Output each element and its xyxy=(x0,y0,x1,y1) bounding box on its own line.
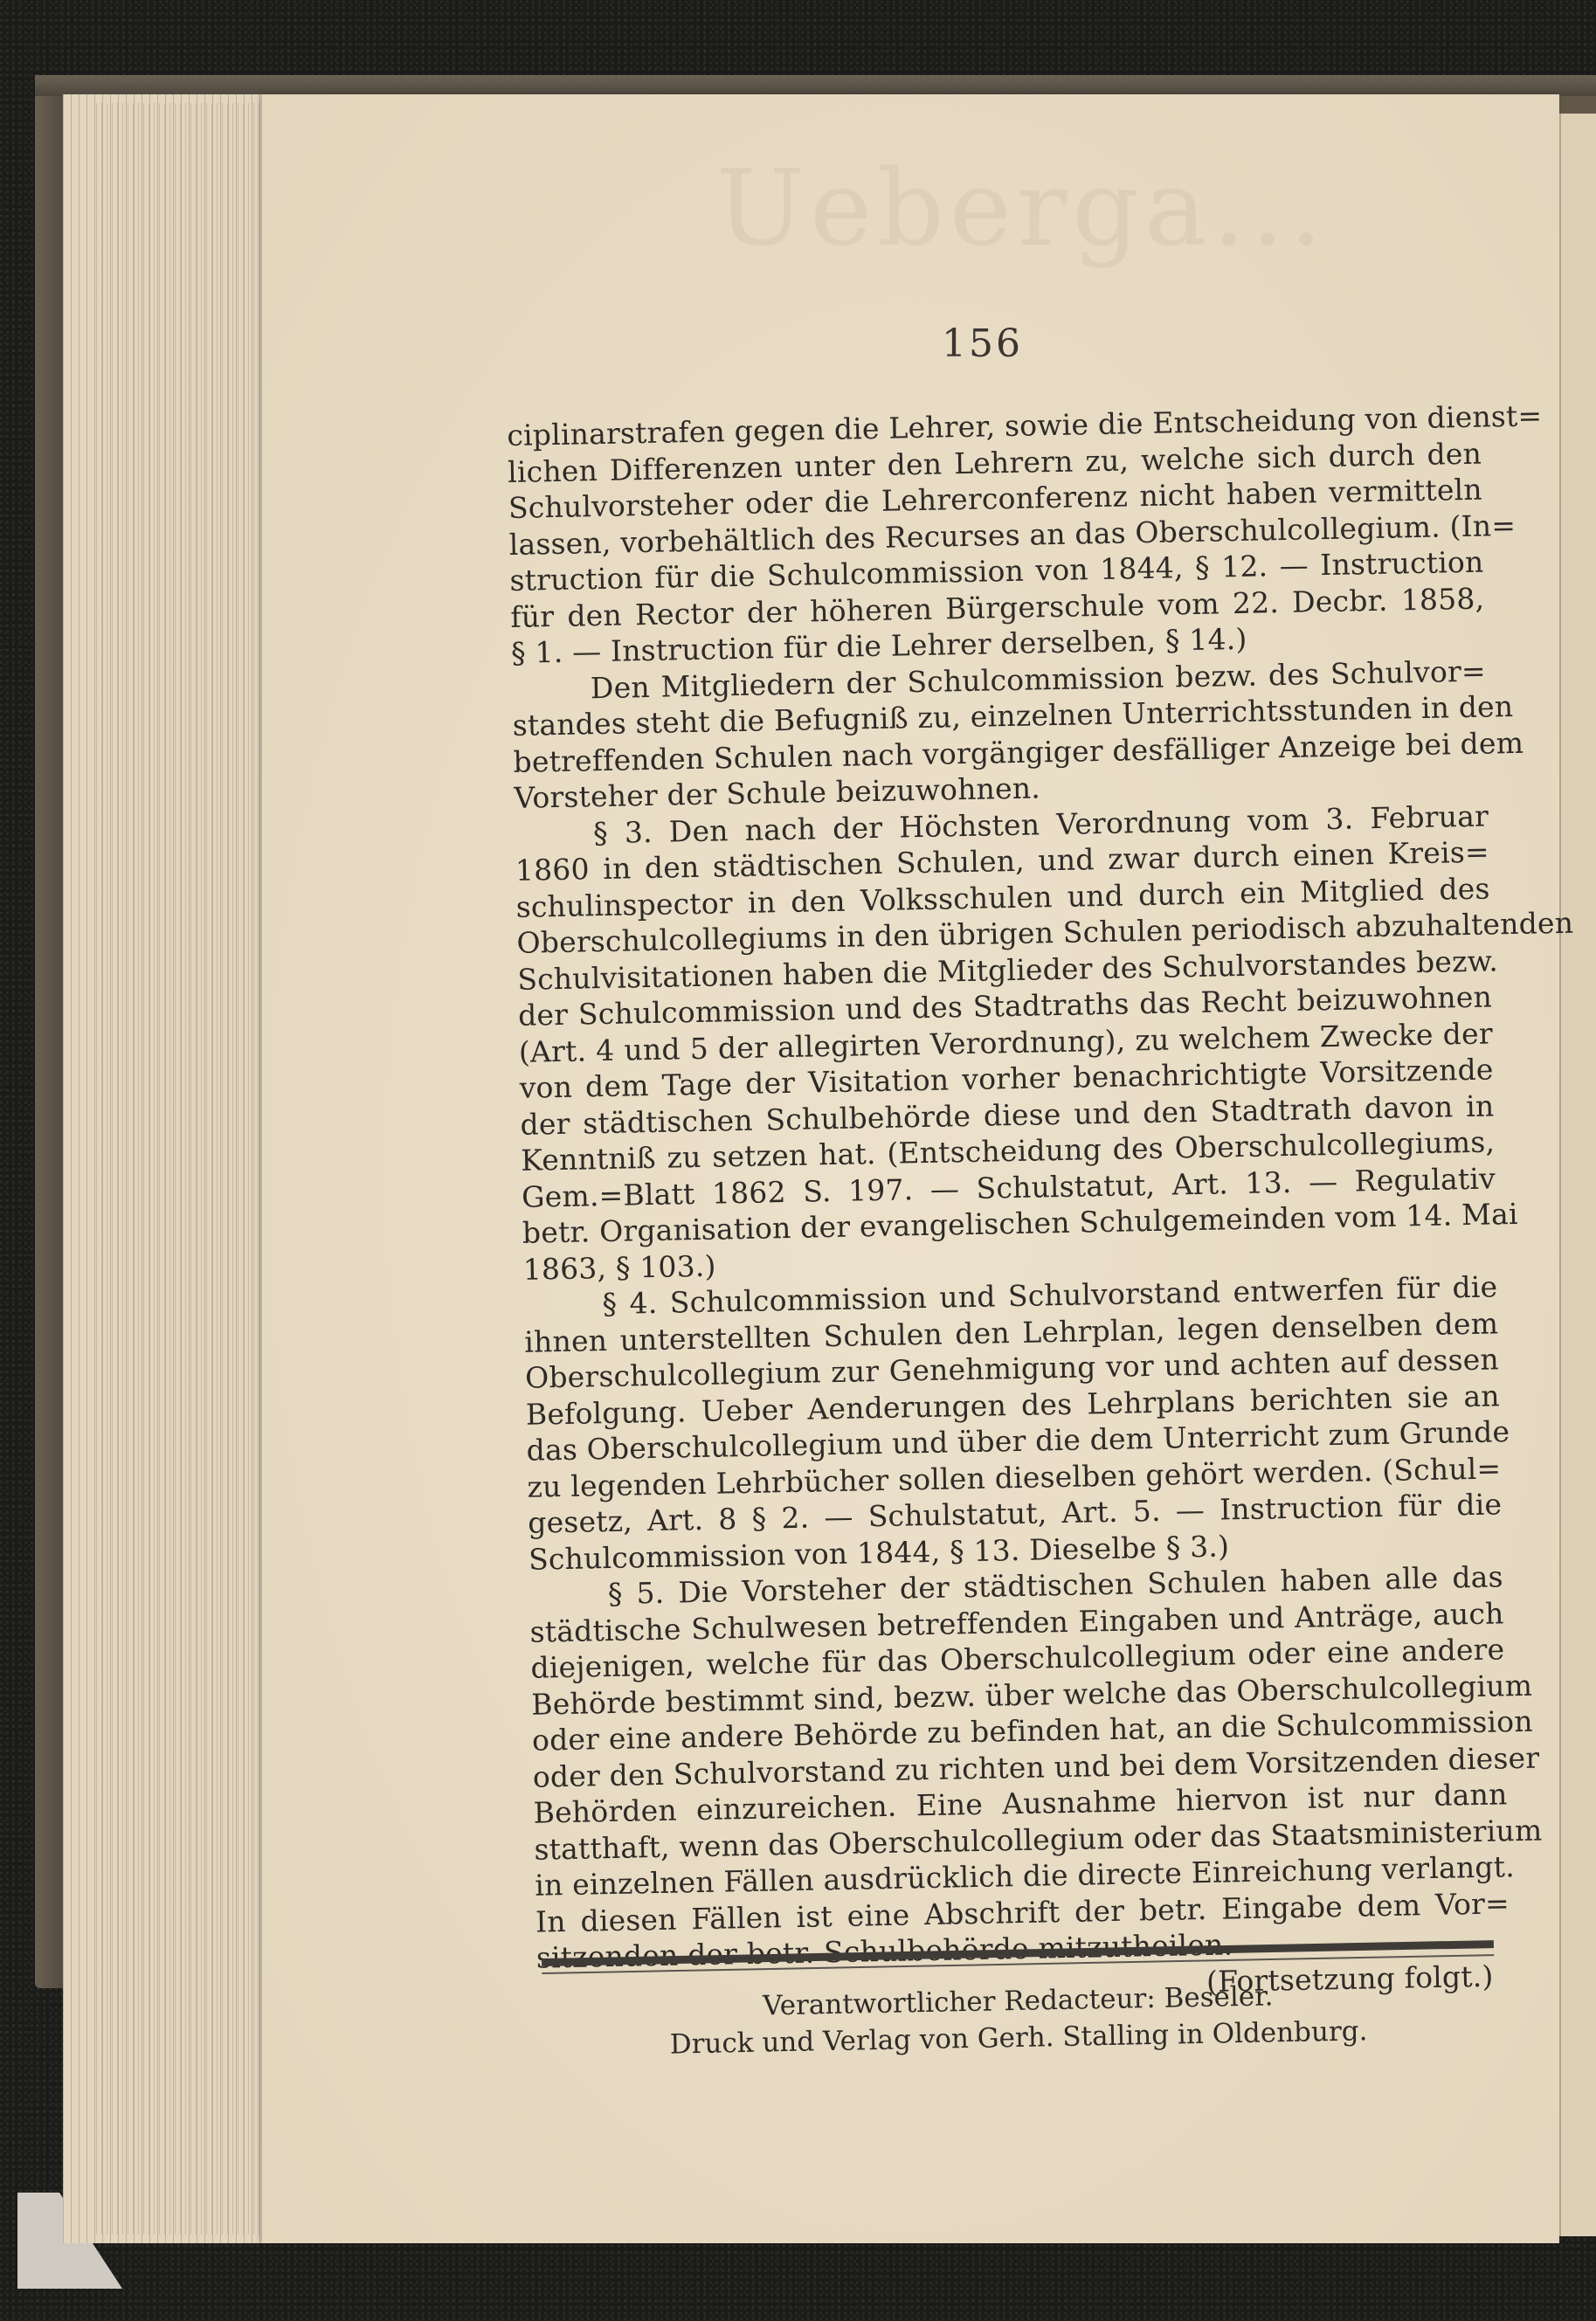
bleed-through-heading: Ueberga... xyxy=(716,149,1328,270)
facing-page-edge xyxy=(1559,114,1596,2236)
book-binding-top xyxy=(35,75,1596,96)
body-text: ciplinarstrafen gegen die Lehrer, sowie … xyxy=(507,399,1511,2013)
page-stack-edges-inner xyxy=(96,103,271,2235)
page-number: 156 xyxy=(942,321,1023,366)
